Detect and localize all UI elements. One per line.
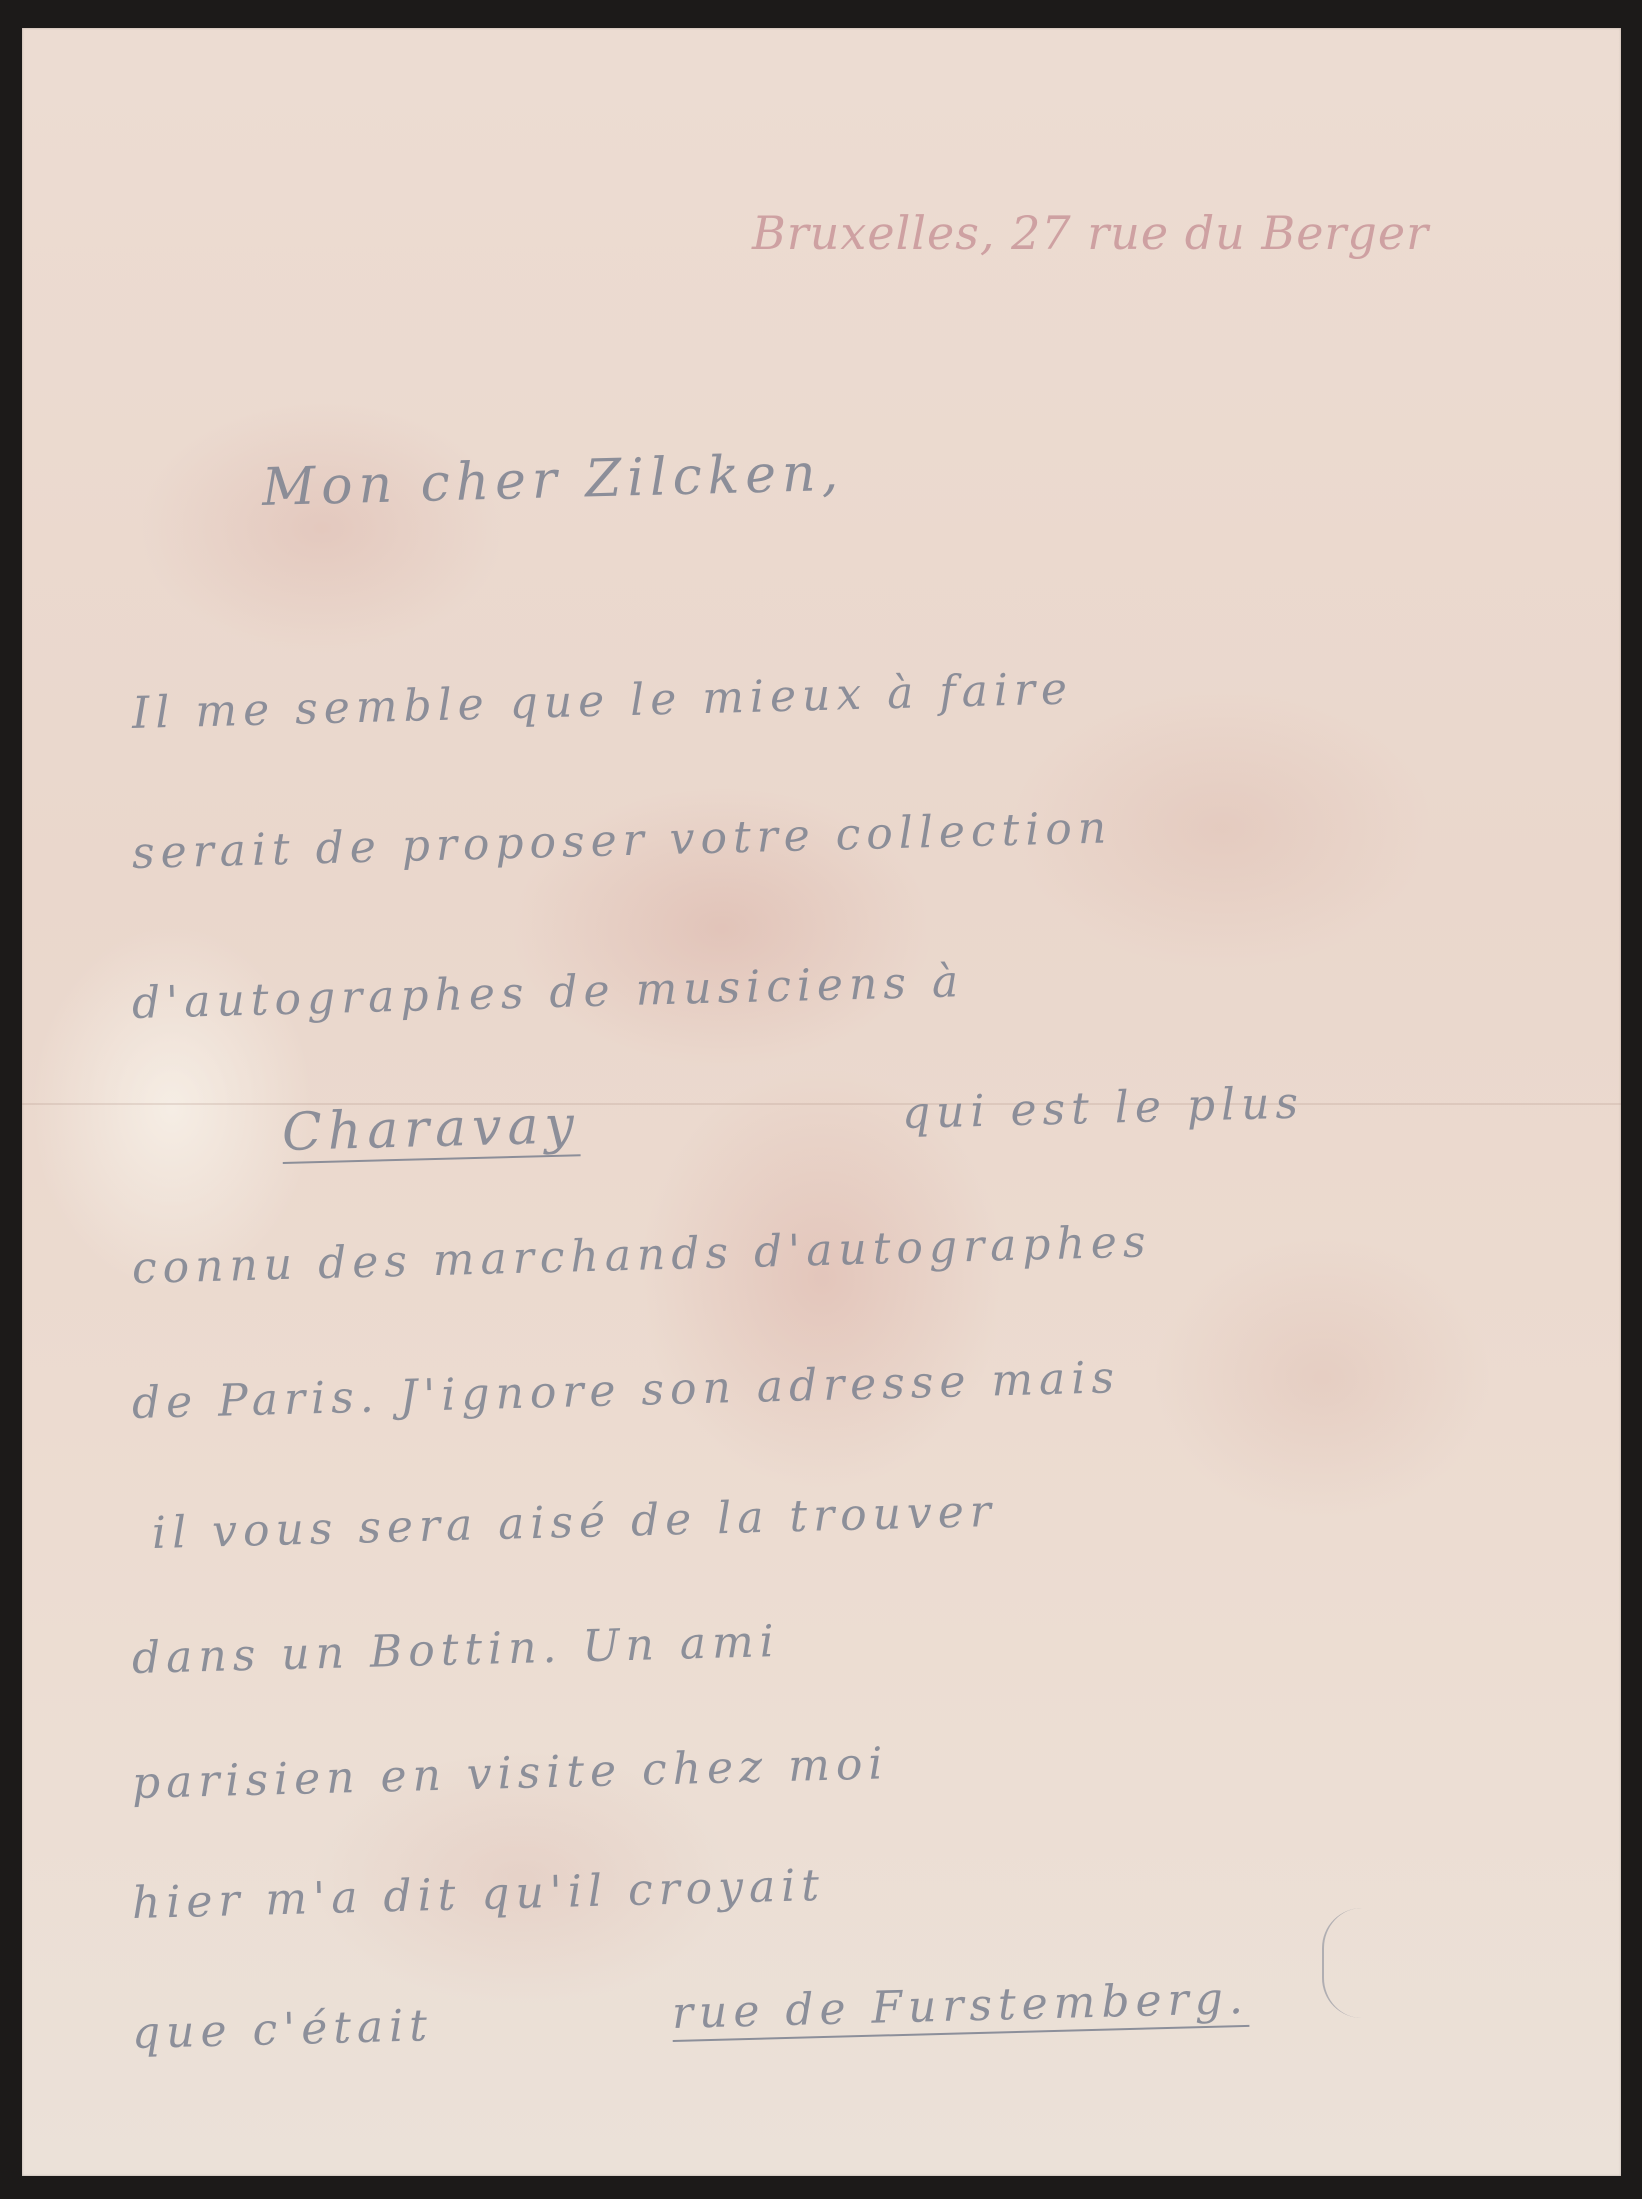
letter-line-10: hier m'a dit qu'il croyait <box>131 1860 825 1929</box>
letter-line-2: serait de proposer votre collection <box>131 802 1112 879</box>
letterhead-address: Bruxelles, 27 rue du Berger <box>752 206 1429 260</box>
letter-line-6: de Paris. J'ignore son adresse mais <box>131 1352 1120 1429</box>
letter-line-11: que c'était <box>131 2000 433 2059</box>
letter-paper: Bruxelles, 27 rue du Berger Mon cher Zil… <box>22 28 1621 2176</box>
pen-flourish <box>1322 1908 1364 2018</box>
letter-line-5: connu des marchands d'autographes <box>131 1216 1152 1294</box>
letter-name-charavay: Charavay <box>281 1095 580 1163</box>
salutation: Mon cher Zilcken, <box>261 443 845 518</box>
letter-line-8: dans un Bottin. Un ami <box>131 1616 780 1684</box>
letter-line-1: Il me semble que le mieux à faire <box>131 663 1073 739</box>
letter-line-4: qui est le plus <box>901 1077 1304 1139</box>
letter-address-furstemberg: rue de Furstemberg. <box>671 1973 1249 2039</box>
letter-line-3: d'autographes de musiciens à <box>131 956 964 1029</box>
fold-crease <box>22 1103 1621 1105</box>
letter-line-7: il vous sera aisé de la trouver <box>151 1486 997 1559</box>
letter-line-9: parisien en visite chez moi <box>131 1738 889 1809</box>
